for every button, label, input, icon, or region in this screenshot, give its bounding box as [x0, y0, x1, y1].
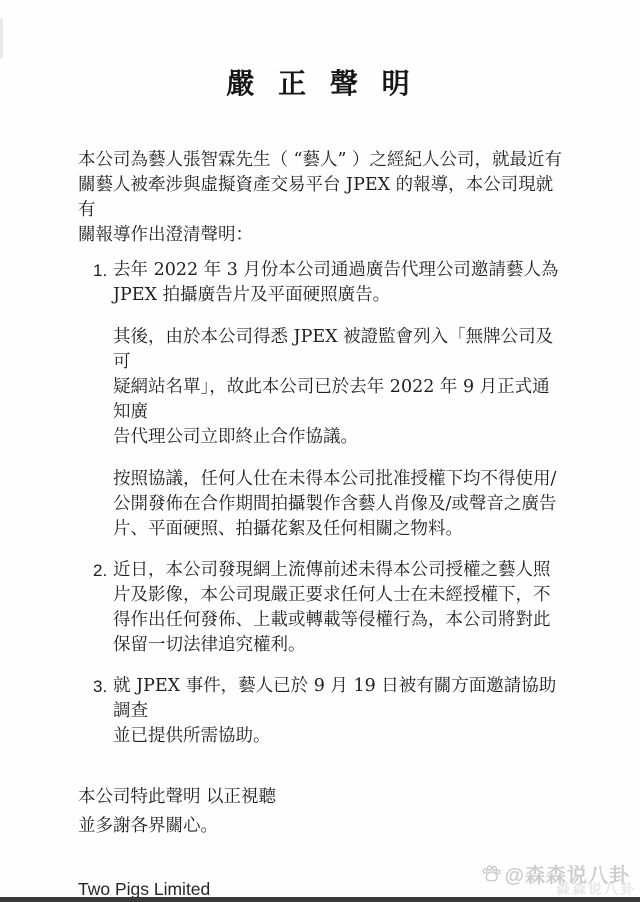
watermark-ghost-text: 森森说八卦 — [556, 879, 636, 899]
item-number: 1. — [93, 258, 113, 283]
statement-document: 嚴 正 聲 明 本公司為藝人張智霖先生（ “藝人” ）之經紀人公司，就最近有 關… — [0, 0, 640, 902]
paw-icon — [481, 864, 501, 884]
intro-paragraph: 本公司為藝人張智霖先生（ “藝人” ）之經紀人公司，就最近有 關藝人被牽涉與虛擬… — [78, 148, 570, 248]
item-paragraph: 近日，本公司發現網上流傳前述未得本公司授權之藝人照 片及影像，本公司現嚴正要求任… — [113, 558, 565, 658]
scan-bottom-edge — [0, 897, 640, 902]
item-number: 3. — [93, 674, 113, 699]
list-item-3: 3. 就 JPEX 事件，藝人已於 9 月 19 日被有關方面邀請協助調查 並已… — [78, 674, 565, 749]
list-item-2: 2. 近日，本公司發現網上流傳前述未得本公司授權之藝人照 片及影像，本公司現嚴正… — [78, 558, 565, 658]
statement-title: 嚴 正 聲 明 — [78, 64, 565, 104]
item-paragraph: 就 JPEX 事件，藝人已於 9 月 19 日被有關方面邀請協助調查 並已提供所… — [113, 674, 565, 749]
list-item-1: 1. 去年 2022 年 3 月份本公司通過廣告代理公司邀請藝人為 JPEX 拍… — [78, 258, 565, 542]
closing-paragraph: 本公司特此聲明 以正視聽 並多謝各界關心。 — [78, 783, 565, 841]
item-paragraph: 去年 2022 年 3 月份本公司通過廣告代理公司邀請藝人為 JPEX 拍攝廣告… — [113, 258, 565, 308]
scan-edge-artifact — [0, 18, 3, 58]
statement-list: 1. 去年 2022 年 3 月份本公司通過廣告代理公司邀請藝人為 JPEX 拍… — [78, 258, 565, 749]
item-number: 2. — [93, 558, 113, 583]
item-paragraph: 其後，由於本公司得悉 JPEX 被證監會列入「無牌公司及可 疑網站名單」，故此本… — [113, 325, 565, 450]
item-paragraph: 按照協議，任何人仕在未得本公司批准授權下均不得使用/ 公開發佈在合作期間拍攝製作… — [113, 467, 565, 542]
